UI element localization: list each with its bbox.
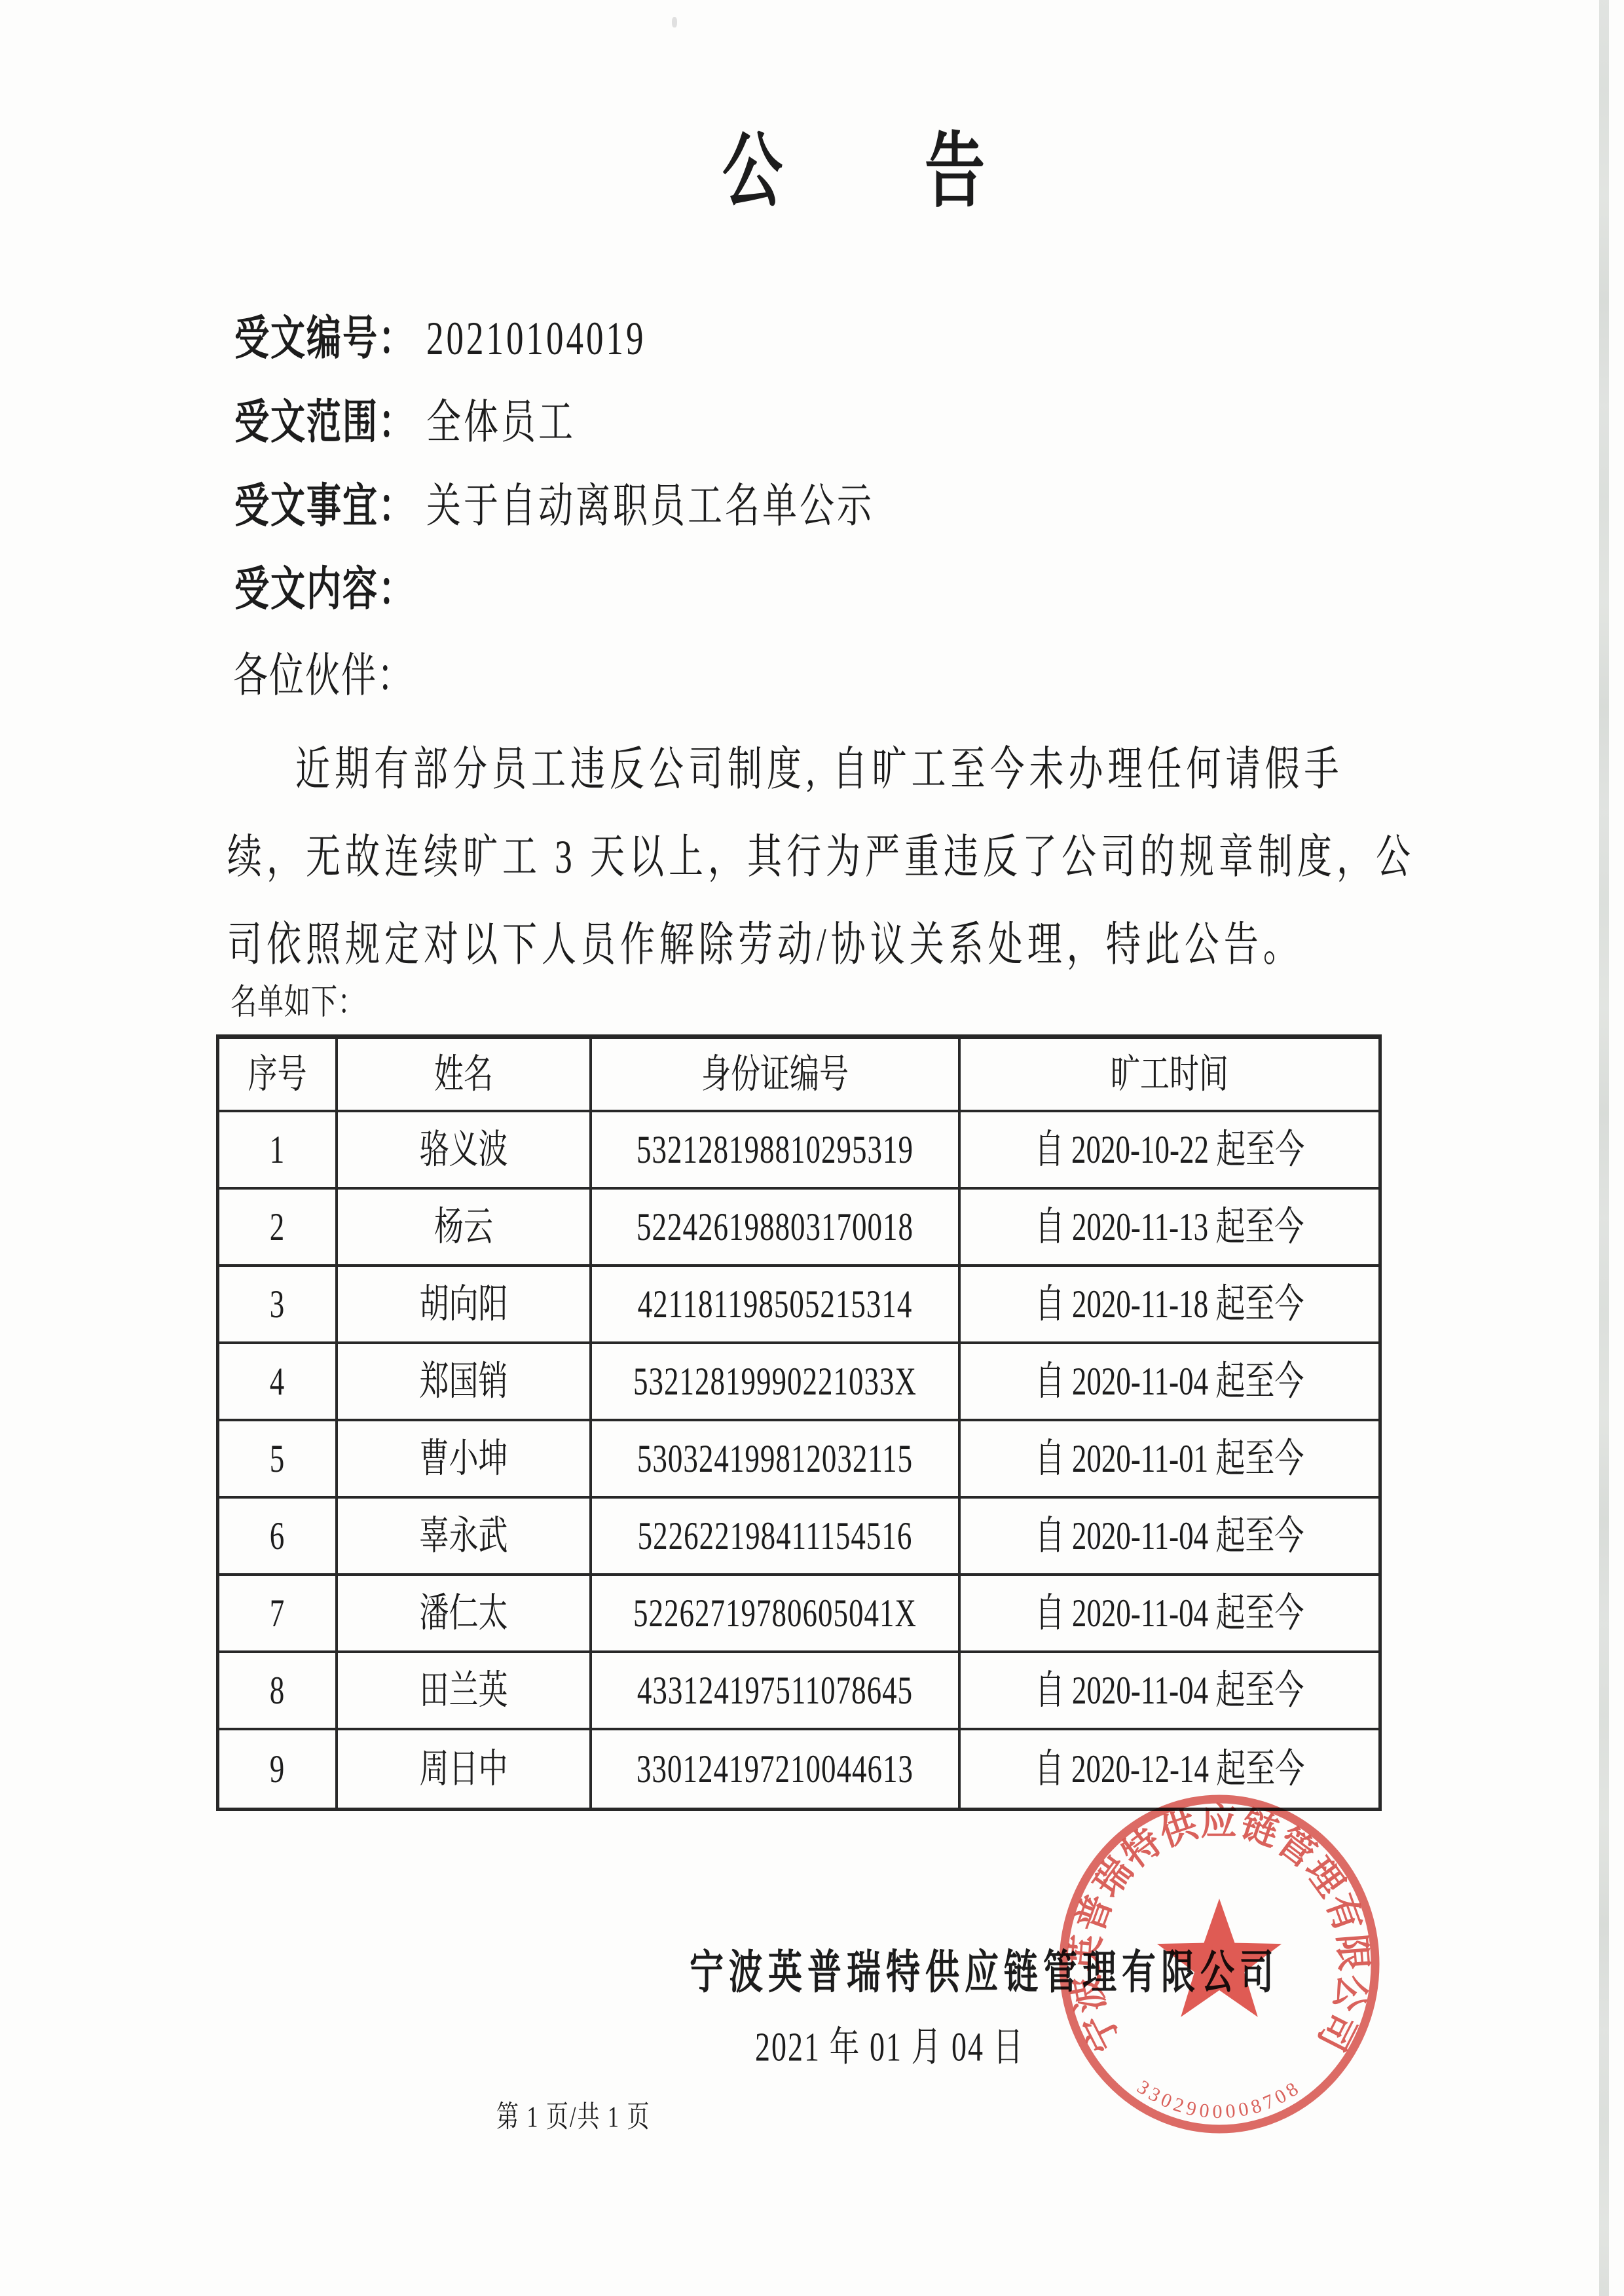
cell-name: 潘仁太: [338, 1576, 592, 1653]
salutation: 各位伙伴：: [233, 653, 413, 688]
cell-id-number: 522622198411154516: [592, 1499, 961, 1576]
cell-name: 辜永武: [338, 1499, 592, 1576]
company-seal: 宁波英普瑞特供应链管理有限公司 3302900008708: [1056, 1792, 1382, 2136]
scan-artifact-strip: [1599, 0, 1609, 2296]
cell-index: 4: [219, 1344, 338, 1421]
body-line-2-text: 续，无故连续旷工 3 天以上，其行为严重违反了公司的规章制度，公: [227, 835, 1415, 882]
cell-id-number: 522426198803170018: [592, 1190, 961, 1267]
scanned-announcement-page: 公 告 受文编号：20210104019 受文范围：全体员工 受文事宜：关于自动…: [0, 0, 1624, 2296]
scope-field: 受文范围：全体员工: [234, 400, 576, 435]
column-header-index: 序号: [219, 1039, 338, 1112]
subject-value: 关于自动离职员工名单公示: [426, 481, 874, 532]
body-line-3: 司依照规定对以下人员作解除劳动/协议关系处理，特此公告。: [227, 922, 1302, 957]
signature-date: 2021 年 01 月 04 日: [755, 2027, 1025, 2057]
signature-date-text: 2021 年 01 月 04 日: [755, 2027, 1025, 2068]
cell-index: 3: [219, 1267, 338, 1344]
subject-label: 受文事宜：: [234, 481, 415, 532]
scan-smudge: [672, 17, 677, 27]
table-row: 5 曹小坤 530324199812032115 自 2020-11-01 起至…: [219, 1421, 1378, 1499]
cell-index: 6: [219, 1499, 338, 1576]
page-number-text: 第 1 页/共 1 页: [496, 2103, 650, 2133]
cell-id-number: 433124197511078645: [592, 1653, 961, 1730]
cell-id-number: 532128198810295319: [592, 1112, 961, 1190]
cell-name: 杨云: [338, 1190, 592, 1267]
cell-id-number: 330124197210044613: [592, 1730, 961, 1808]
cell-name: 曹小坤: [338, 1421, 592, 1499]
absence-table: 序号 姓名 身份证编号 旷工时间 1 骆义波 53212819881029531…: [216, 1034, 1382, 1811]
cell-absence-period: 自 2020-11-04 起至今: [961, 1653, 1378, 1730]
document-title: 公 告: [722, 131, 1022, 191]
column-header-name: 姓名: [338, 1039, 592, 1112]
cell-absence-period: 自 2020-10-22 起至今: [961, 1112, 1378, 1190]
document-title-text: 公 告: [722, 131, 1022, 212]
cell-index: 7: [219, 1576, 338, 1653]
cell-index: 1: [219, 1112, 338, 1190]
cell-name: 骆义波: [338, 1112, 592, 1190]
subject-field: 受文事宜：关于自动离职员工名单公示: [234, 484, 874, 519]
cell-id-number: 53212819990221033X: [592, 1344, 961, 1421]
doc-number-field: 受文编号：20210104019: [234, 316, 646, 351]
salutation-text: 各位伙伴：: [233, 653, 413, 701]
cell-id-number: 421181198505215314: [592, 1267, 961, 1344]
cell-id-number: 530324199812032115: [592, 1421, 961, 1499]
cell-name: 郑国销: [338, 1344, 592, 1421]
table-row: 4 郑国销 53212819990221033X 自 2020-11-04 起至…: [219, 1344, 1378, 1421]
table-row: 2 杨云 522426198803170018 自 2020-11-13 起至今: [219, 1190, 1378, 1267]
table-body: 1 骆义波 532128198810295319 自 2020-10-22 起至…: [219, 1112, 1378, 1808]
table-row: 1 骆义波 532128198810295319 自 2020-10-22 起至…: [219, 1112, 1378, 1190]
cell-absence-period: 自 2020-11-04 起至今: [961, 1344, 1378, 1421]
table-header-row: 序号 姓名 身份证编号 旷工时间: [219, 1039, 1378, 1112]
cell-name: 田兰英: [338, 1653, 592, 1730]
page-number: 第 1 页/共 1 页: [496, 2103, 650, 2125]
cell-absence-period: 自 2020-11-01 起至今: [961, 1421, 1378, 1499]
cell-index: 9: [219, 1730, 338, 1808]
content-field: 受文内容：: [234, 567, 415, 602]
body-line-3-text: 司依照规定对以下人员作解除劳动/协议关系处理，特此公告。: [227, 922, 1302, 970]
doc-number-label: 受文编号：: [234, 314, 415, 365]
body-line-1-text: 近期有部分员工违反公司制度, 自旷工至今未办理任何请假手: [295, 747, 1344, 794]
column-header-id-number: 身份证编号: [592, 1039, 961, 1112]
cell-index: 5: [219, 1421, 338, 1499]
cell-name: 周日中: [338, 1730, 592, 1808]
content-label: 受文内容：: [234, 564, 415, 615]
body-line-2: 续，无故连续旷工 3 天以上，其行为严重违反了公司的规章制度，公: [227, 835, 1415, 869]
cell-id-number: 52262719780605041X: [592, 1576, 961, 1653]
cell-index: 8: [219, 1653, 338, 1730]
seal-star: [1157, 1899, 1282, 2017]
doc-number-value: 20210104019: [426, 314, 646, 365]
cell-absence-period: 自 2020-11-13 起至今: [961, 1190, 1378, 1267]
column-header-absence-period: 旷工时间: [961, 1039, 1378, 1112]
table-row: 8 田兰英 433124197511078645 自 2020-11-04 起至…: [219, 1653, 1378, 1730]
list-intro: 名单如下：: [231, 985, 365, 1011]
cell-name: 胡向阳: [338, 1267, 592, 1344]
scope-value: 全体员工: [426, 397, 576, 448]
cell-index: 2: [219, 1190, 338, 1267]
table-row: 3 胡向阳 421181198505215314 自 2020-11-18 起至…: [219, 1267, 1378, 1344]
table-row: 6 辜永武 522622198411154516 自 2020-11-04 起至…: [219, 1499, 1378, 1576]
cell-absence-period: 自 2020-11-04 起至今: [961, 1499, 1378, 1576]
table-row: 7 潘仁太 52262719780605041X 自 2020-11-04 起至…: [219, 1576, 1378, 1653]
body-line-1: 近期有部分员工违反公司制度, 自旷工至今未办理任何请假手: [295, 747, 1344, 782]
list-intro-text: 名单如下：: [231, 985, 365, 1020]
scope-label: 受文范围：: [234, 397, 415, 448]
cell-absence-period: 自 2020-11-18 起至今: [961, 1267, 1378, 1344]
cell-absence-period: 自 2020-11-04 起至今: [961, 1576, 1378, 1653]
